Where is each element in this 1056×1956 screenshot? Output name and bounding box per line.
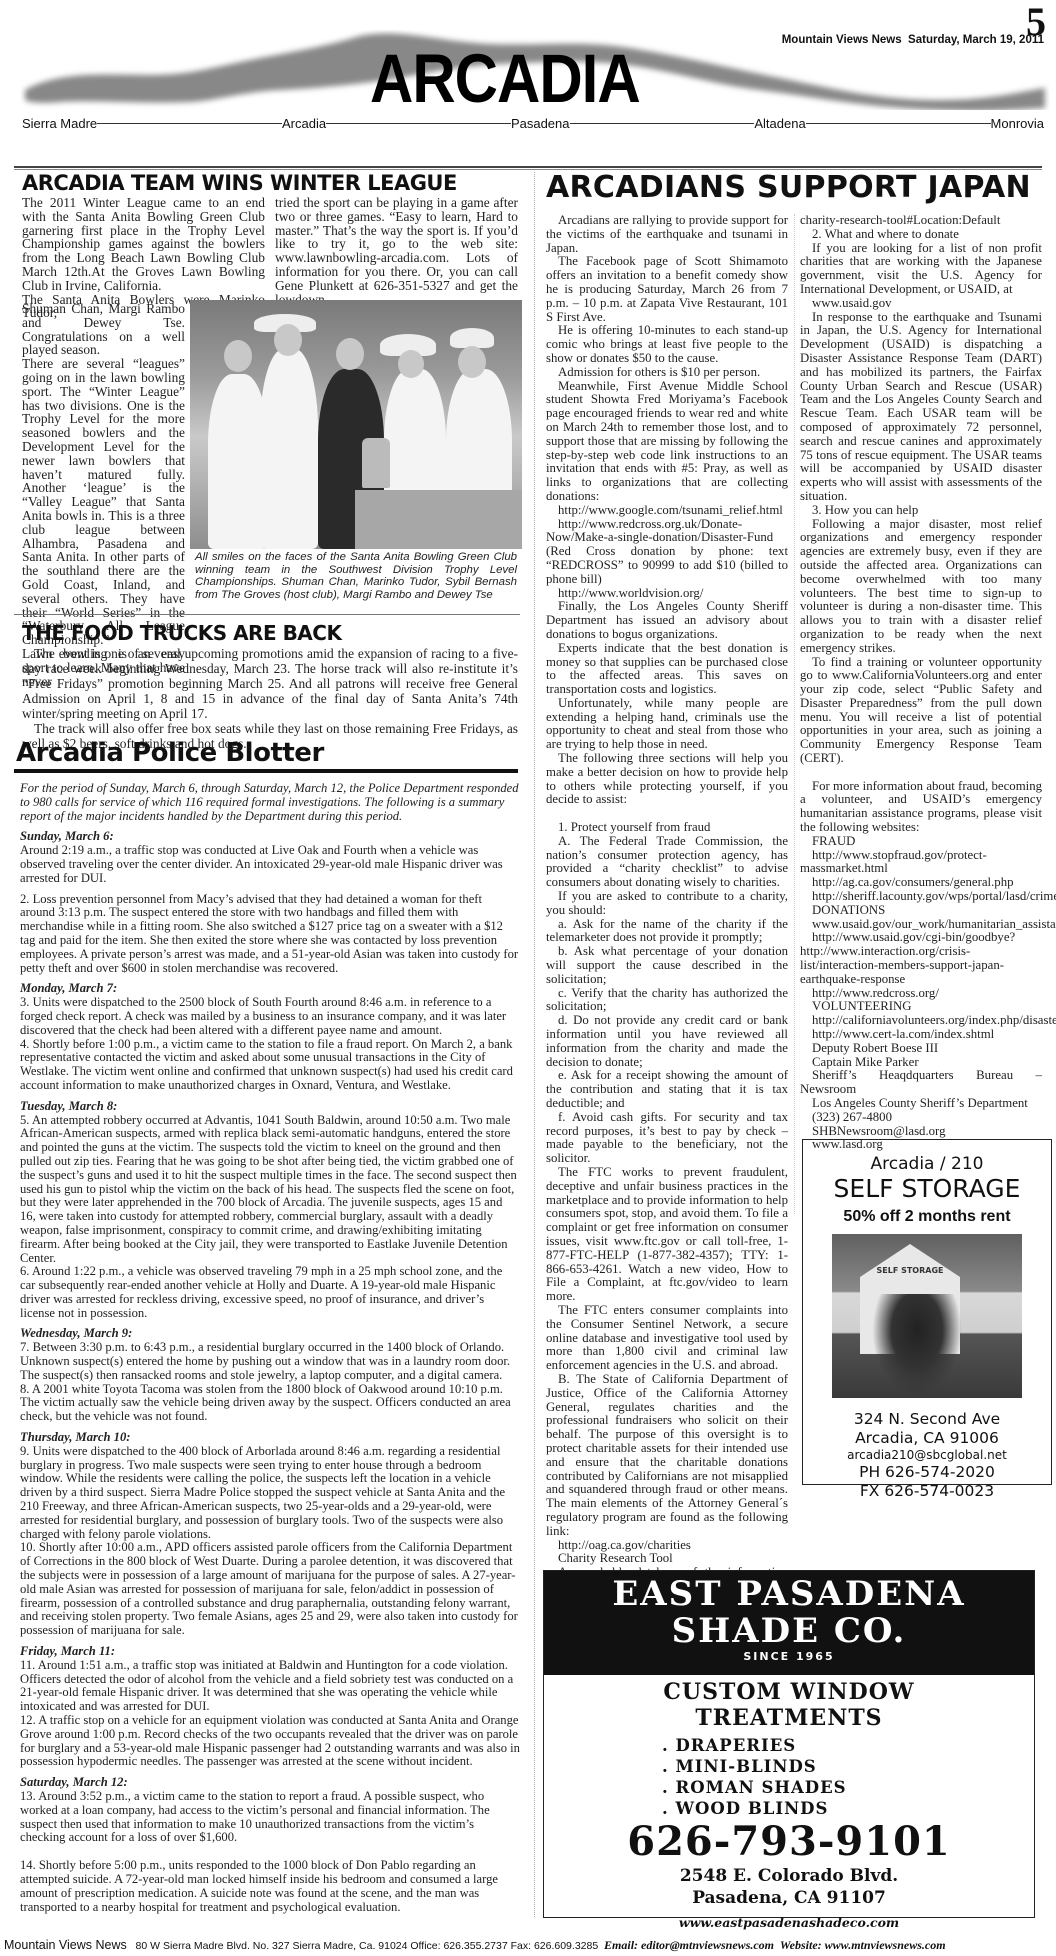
town-label: Pasadena (511, 116, 570, 131)
article-paragraph: Admission for others is $10 per person. (546, 366, 788, 380)
ad-address: 324 N. Second Ave (803, 1410, 1051, 1429)
town-label: Monrovia (991, 116, 1044, 131)
article-headline: ARCADIANS SUPPORT JAPAN (546, 170, 1031, 205)
link-text[interactable]: http://californiavolunteers.org/index.ph… (800, 1014, 1042, 1028)
ad-title: SELF STORAGE (803, 1174, 1051, 1204)
list-item: a. Ask for the name of the charity if th… (546, 918, 788, 946)
list-item: f. Avoid cash gifts. For security and ta… (546, 1111, 788, 1166)
blotter-entry: 9. Units were dispatched to the 400 bloc… (20, 1445, 520, 1542)
blotter-entry: 12. A traffic stop on a vehicle for an e… (20, 1714, 520, 1769)
issue-date: Saturday, March 19, 2011 (908, 34, 1044, 46)
blotter-intro: For the period of Sunday, March 6, throu… (20, 782, 520, 823)
article-paragraph: The Facebook page of Scott Shimamoto off… (546, 255, 788, 324)
service-item: . WOOD BLINDS (662, 1798, 1034, 1819)
ad-offer: 50% off 2 months rent (803, 1208, 1051, 1226)
blotter-entry: 14. Shortly before 5:00 p.m., units resp… (20, 1859, 520, 1914)
contact-line: (323) 267-4800 (800, 1111, 1042, 1125)
list-item: d. Do not provide any credit card or ban… (546, 1014, 788, 1069)
resource-category: VOLUNTEERING (800, 1000, 1042, 1014)
page-footer: Mountain Views News 80 W Sierra Madre Bl… (4, 1938, 1054, 1953)
league-article: ARCADIA TEAM WINS WINTER LEAGUE The 2011… (22, 170, 518, 320)
list-item: e. Ask for a receipt showing the amount … (546, 1069, 788, 1110)
article-paragraph: The FTC works to prevent fraudulent, dec… (546, 1166, 788, 1304)
article-paragraph: If you are asked to contribute to a char… (546, 890, 788, 918)
article-paragraph: The event is one of several upcoming pro… (22, 646, 518, 721)
link-text[interactable]: charity-research-tool#Location:Default (800, 214, 1042, 228)
column-divider (794, 214, 795, 1214)
team-photo (190, 300, 522, 549)
divider (806, 123, 991, 124)
footer-email[interactable]: Email: editor@mtnviewsnews.com (604, 1938, 774, 1952)
service-item: . ROMAN SHADES (662, 1777, 1034, 1798)
subsection-heading: Charity Research Tool (546, 1552, 788, 1566)
japan-article-left-column: Arcadians are rallying to provide suppor… (546, 214, 788, 1649)
link-text[interactable]: www.usaid.gov/our_work/humanitarian_assi… (800, 918, 1042, 932)
article-paragraph: There are several “leagues” going on in … (22, 357, 185, 647)
police-blotter: For the period of Sunday, March 6, throu… (20, 782, 520, 1914)
blotter-entry: 7. Between 3:30 p.m. to 6:43 p.m., a res… (20, 1341, 520, 1382)
ad-banner: EAST PASADENA SHADE CO. SINCE 1965 (544, 1571, 1034, 1675)
resource-category: DONATIONS (800, 904, 1042, 918)
blotter-day-heading: Saturday, March 12: (20, 1776, 520, 1790)
blotter-entry: 6. Around 1:22 p.m., a vehicle was obser… (20, 1265, 520, 1320)
ad-since: SINCE 1965 (544, 1649, 1034, 1665)
ad-city: Arcadia, CA 91006 (803, 1429, 1051, 1448)
link-text[interactable]: www.usaid.gov (800, 297, 1042, 311)
blotter-day-heading: Thursday, March 10: (20, 1431, 520, 1445)
blotter-entry: 3. Units were dispatched to the 2500 blo… (20, 996, 520, 1037)
footer-brand: Mountain Views News (4, 1938, 127, 1952)
link-text[interactable]: http://www.cert-la.com/index.shtml (800, 1028, 1042, 1042)
ad-website[interactable]: www.eastpasadenashadeco.com (544, 1915, 1034, 1930)
list-item: c. Verify that the charity has authorize… (546, 987, 788, 1015)
japan-article-right-column: charity-research-tool#Location:Default 2… (800, 214, 1042, 1152)
article-paragraph: Experts indicate that the best donation … (546, 642, 788, 697)
masthead: 5 Mountain Views News Saturday, March 19… (0, 0, 1056, 140)
article-paragraph: B. The State of California Department of… (546, 1373, 788, 1539)
storage-building-photo: SELF STORAGE (832, 1234, 1022, 1398)
footer-address: 80 W Sierra Madre Blvd. No. 327 Sierra M… (136, 1940, 599, 1952)
ad-email[interactable]: arcadia210@sbcglobal.net (803, 1448, 1051, 1463)
blotter-entry: 10. Shortly after 10:00 a.m., APD office… (20, 1541, 520, 1638)
blotter-day-heading: Tuesday, March 8: (20, 1100, 520, 1114)
town-label: Altadena (754, 116, 805, 131)
divider (570, 123, 755, 124)
contact-line: Los Angeles County Sheriff’s Department (800, 1097, 1042, 1111)
ad-phone: 626-793-9101 (544, 1819, 1034, 1865)
article-paragraph: Finally, the Los Angeles County Sheriff … (546, 600, 788, 641)
blotter-entry: 8. A 2001 white Toyota Tacoma was stolen… (20, 1383, 520, 1424)
town-label: Sierra Madre (22, 116, 97, 131)
ad-phone: PH 626-574-2020 (803, 1463, 1051, 1482)
list-item: b. Ask what percentage of your donation … (546, 945, 788, 986)
towns-line: Sierra Madre Arcadia Pasadena Altadena M… (22, 114, 1044, 132)
blotter-entry: 11. Around 1:51 a.m., a traffic stop was… (20, 1659, 520, 1714)
blotter-day-heading: Sunday, March 6: (20, 830, 520, 844)
self-storage-ad[interactable]: Arcadia / 210 SELF STORAGE 50% off 2 mon… (802, 1139, 1052, 1485)
divider (326, 123, 511, 124)
service-item: . MINI-BLINDS (662, 1756, 1034, 1777)
article-paragraph: To find a training or volunteer opportun… (800, 656, 1042, 766)
blotter-title: Arcadia Police Blotter (16, 738, 324, 768)
link-text[interactable]: http://www.usaid.gov/cgi-bin/goodbye?htt… (800, 931, 1042, 986)
divider (97, 123, 282, 124)
ad-company-name: SHADE CO. (544, 1613, 1034, 1649)
column-divider (534, 172, 535, 1917)
food-trucks-article: THE FOOD TRUCKS ARE BACK The event is on… (22, 620, 518, 751)
publication-name: Mountain Views News (782, 34, 902, 46)
article-paragraph: Meanwhile, First Avenue Middle School st… (546, 380, 788, 504)
link-text[interactable]: http://www.redcross.org/ (800, 987, 1042, 1001)
town-label: Arcadia (282, 116, 326, 131)
issue-line: Mountain Views News Saturday, March 19, … (782, 34, 1044, 46)
building-sign: SELF STORAGE (868, 1266, 952, 1275)
article-paragraph: tried the sport can be playing in a game… (275, 196, 518, 306)
contact-line: Deputy Robert Boese III (800, 1042, 1042, 1056)
article-paragraph: For more information about fraud, becomi… (800, 780, 1042, 835)
resource-category: FRAUD (800, 835, 1042, 849)
link-text[interactable]: http://sheriff.lacounty.gov/wps/portal/l… (800, 890, 1042, 904)
blotter-entry: 4. Shortly before 1:00 p.m., a victim ca… (20, 1038, 520, 1093)
link-text[interactable]: http://www.google.com/tsunami_relief.htm… (546, 504, 788, 518)
spacer (546, 807, 788, 821)
ad-tagline: TREATMENTS (544, 1705, 1034, 1731)
link-text[interactable]: http://www.redcross.org.uk/Donate-Now/Ma… (546, 518, 788, 587)
ad-line: Arcadia / 210 (803, 1154, 1051, 1174)
contact-email[interactable]: SHBNewsroom@lasd.org (800, 1125, 1042, 1139)
article-paragraph: The 2011 Winter League came to an end wi… (22, 196, 265, 293)
subsection-heading: 3. How you can help (800, 504, 1042, 518)
link-text[interactable]: http://oag.ca.gov/charities (546, 1539, 788, 1553)
blotter-day-heading: Friday, March 11: (20, 1645, 520, 1659)
palm-tree-graphic (872, 1294, 962, 1398)
article-paragraph: Arcadians are rallying to provide suppor… (546, 214, 788, 255)
article-paragraph: Unfortunately, while many people are ext… (546, 697, 788, 752)
subsection-heading: 2. What and where to donate (800, 228, 1042, 242)
footer-website[interactable]: Website: www.mtnviewsnews.com (780, 1938, 946, 1952)
subsection-heading: 1. Protect yourself from fraud (546, 821, 788, 835)
spacer (800, 766, 1042, 780)
blotter-entry: 13. Around 3:52 p.m., a victim came to t… (20, 1790, 520, 1845)
article-headline: THE FOOD TRUCKS ARE BACK (22, 620, 518, 646)
blotter-entry: 2. Loss prevention personnel from Macy’s… (20, 893, 520, 976)
section-title: ARCADIA (370, 39, 640, 118)
photo-caption: All smiles on the faces of the Santa Ani… (195, 551, 517, 602)
contact-line: Sheriff’s Heaqdquarters Bureau – Newsroo… (800, 1069, 1042, 1097)
link-text[interactable]: http://ag.ca.gov/consumers/general.php (800, 876, 1042, 890)
blotter-entry: Around 2:19 a.m., a traffic stop was con… (20, 844, 520, 885)
contact-line: Captain Mike Parker (800, 1056, 1042, 1070)
blotter-entry: 5. An attempted robbery occurred at Adva… (20, 1114, 520, 1266)
article-paragraph: In response to the earthquake and Tsunam… (800, 311, 1042, 504)
link-text[interactable]: http://www.worldvision.org/ (546, 587, 788, 601)
ad-fax: FX 626-574-0023 (803, 1482, 1051, 1501)
ad-city: Pasadena, CA 91107 (544, 1887, 1034, 1909)
service-item: . DRAPERIES (662, 1735, 1034, 1756)
article-paragraph: If you are looking for a list of non pro… (800, 242, 1042, 297)
article-paragraph: He is offering 10-minutes to each stand-… (546, 324, 788, 365)
article-paragraph: The FTC enters consumer complaints into … (546, 1304, 788, 1373)
trophy-graphic (362, 438, 390, 488)
article-paragraph: Shuman Chan, Margi Rambo and Dewey Tse. … (22, 302, 185, 357)
article-headline: ARCADIA TEAM WINS WINTER LEAGUE (22, 170, 518, 196)
section-divider (14, 614, 520, 615)
ad-street: 2548 E. Colorado Blvd. (544, 1865, 1034, 1887)
article-paragraph: Following a major disaster, most relief … (800, 518, 1042, 656)
shade-company-ad[interactable]: EAST PASADENA SHADE CO. SINCE 1965 CUSTO… (543, 1570, 1035, 1918)
blotter-rule (14, 769, 518, 773)
ad-services-list: . DRAPERIES . MINI-BLINDS . ROMAN SHADES… (662, 1735, 1034, 1819)
ad-company-name: EAST PASADENA (544, 1575, 1034, 1613)
blotter-day-heading: Wednesday, March 9: (20, 1327, 520, 1341)
article-paragraph: A. The Federal Trade Commission, the nat… (546, 835, 788, 890)
link-text[interactable]: http://www.stopfraud.gov/protect-massmar… (800, 849, 1042, 877)
ad-tagline: CUSTOM WINDOW (544, 1679, 1034, 1705)
article-paragraph: The following three sections will help y… (546, 752, 788, 807)
blotter-day-heading: Monday, March 7: (20, 982, 520, 996)
